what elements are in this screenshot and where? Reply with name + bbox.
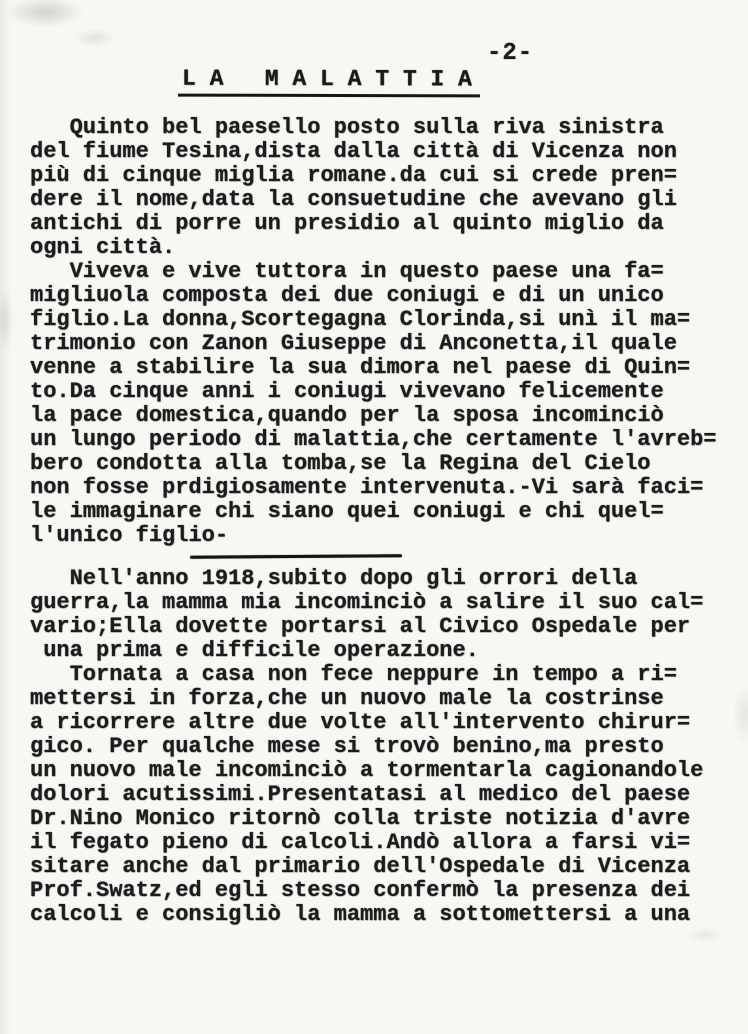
- text-line: una prima e difficile operazione.: [30, 639, 730, 663]
- paragraph: Quinto bel paesello posto sulla riva sin…: [30, 116, 730, 260]
- paragraph: Tornata a casa non fece neppure in tempo…: [30, 663, 730, 927]
- section-divider: [190, 554, 402, 558]
- text-line: calcoli e consigliò la mamma a sottomett…: [30, 903, 730, 927]
- text-line: sitare anche dal primario dell'Ospedale …: [30, 855, 730, 879]
- text-line: figlio.La donna,Scortegagna Clorinda,si …: [30, 308, 730, 332]
- paragraph: Viveva e vive tuttora in questo paese un…: [30, 260, 730, 548]
- document-body: Quinto bel paesello posto sulla riva sin…: [30, 116, 730, 927]
- text-line: venne a stabilire la sua dimora nel paes…: [30, 356, 730, 380]
- text-line: mettersi in forza,che un nuovo male la c…: [30, 687, 730, 711]
- text-line: non fosse prdigiosamente intervenuta.-Vi…: [30, 476, 730, 500]
- text-line: un lungo periodo di malattia,che certame…: [30, 428, 730, 452]
- document-page: -2- L A M A L A T T I A Quinto bel paese…: [0, 0, 748, 1034]
- text-line: bero condotta alla tomba,se la Regina de…: [30, 452, 730, 476]
- page-number: -2-: [487, 40, 533, 67]
- text-line: to.Da cinque anni i coniugi vivevano fel…: [30, 380, 730, 404]
- text-line: guerra,la mamma mia incominciò a salire …: [30, 591, 730, 615]
- text-line: Tornata a casa non fece neppure in tempo…: [30, 663, 730, 687]
- document-title: L A M A L A T T I A: [178, 66, 480, 98]
- text-line: ogni città.: [30, 236, 730, 260]
- text-line: a ricorrere altre due volte all'interven…: [30, 711, 730, 735]
- text-line: il fegato pieno di calcoli.Andò allora a…: [30, 831, 730, 855]
- text-line: Nell'anno 1918,subito dopo gli orrori de…: [30, 567, 730, 591]
- text-line: dolori acutissimi.Presentatasi al medico…: [30, 783, 730, 807]
- text-line: l'unico figlio-: [30, 524, 730, 548]
- text-line: trimonio con Zanon Giuseppe di Anconetta…: [30, 332, 730, 356]
- text-line: del fiume Tesina,dista dalla città di Vi…: [30, 140, 730, 164]
- text-line: la pace domestica,quando per la sposa in…: [30, 404, 730, 428]
- paragraph: Nell'anno 1918,subito dopo gli orrori de…: [30, 567, 730, 663]
- text-line: dere il nome,data la consuetudine che av…: [30, 188, 730, 212]
- text-line: antichi di porre un presidio al quinto m…: [30, 212, 730, 236]
- text-line: Prof.Swatz,ed egli stesso confermò la pr…: [30, 879, 730, 903]
- text-line: vario;Ella dovette portarsi al Civico Os…: [30, 615, 730, 639]
- text-line: Dr.Nino Monico ritornò colla triste noti…: [30, 807, 730, 831]
- text-line: Quinto bel paesello posto sulla riva sin…: [30, 116, 730, 140]
- text-line: Viveva e vive tuttora in questo paese un…: [30, 260, 730, 284]
- text-line: più di cinque miglia romane.da cui si cr…: [30, 164, 730, 188]
- text-line: un nuovo male incominciò a tormentarla c…: [30, 759, 730, 783]
- text-line: gico. Per qualche mese si trovò benino,m…: [30, 735, 730, 759]
- text-line: le immaginare chi siano quei coniugi e c…: [30, 500, 730, 524]
- text-line: migliuola composta dei due coniugi e di …: [30, 284, 730, 308]
